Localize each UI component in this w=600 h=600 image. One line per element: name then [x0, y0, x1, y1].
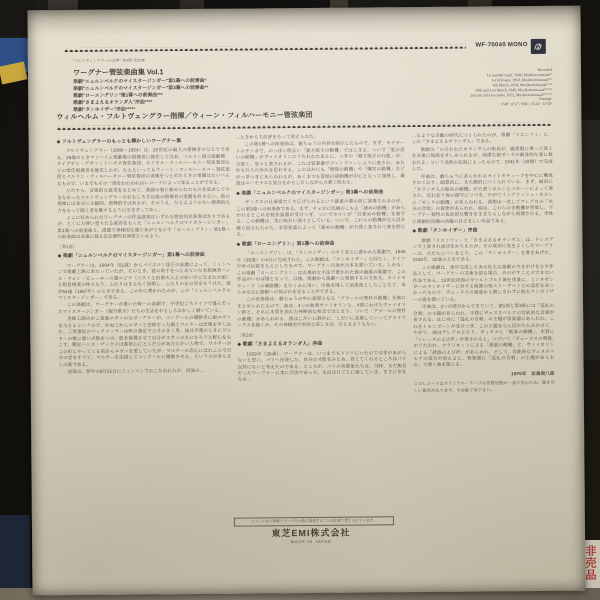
section-heading: ◆ フルトヴェングラーのもっとも輝かしいワーグナー集 [57, 139, 230, 147]
liner-note-text: ザックスの仕事場でくり広げられるという最後の幕の前に演奏されるのが、この第3幕へ… [236, 198, 405, 238]
album-title: ワーグナー管弦楽曲集 Vol.1 [73, 67, 164, 78]
liner-note-text: 金細工師のかこ愛娘エヴァの父ポーグナーが、コンクールの優勝者に娘エヴァを与えると… [58, 315, 231, 368]
liner-note-text: ひたすら、音楽的な真実をもとめて、楽譜の奥に秘められたものを追求してやまなかった… [57, 187, 230, 214]
liner-note-text: 序曲は、3つの部分からできていて、第1部と第3部には「巡礼の合唱」の主題があらわ… [413, 303, 555, 369]
yellow-record-sleeve [0, 61, 28, 84]
angel-record-logo-icon [531, 39, 546, 54]
liner-note-text: このレコードはオリジナル・テープの音質状態が一部不良のため、聞き苦しい箇所があり… [414, 380, 555, 394]
work-list: 楽劇"ニュルンベルクのマイスタージンガー"第1幕への前奏曲*楽劇"ニュルンベルク… [73, 76, 373, 114]
liner-note-text: フルトヴェングラー（1886〜1954）は、20世紀の最大の指揮者のひとりである… [57, 147, 230, 187]
liner-note-text: 「ローエングリン」は、「タンホイザー」のすぐあとに書かれた歌劇で、1848年（3… [237, 249, 406, 296]
section-heading: ◆ 楽劇「ニュルンベルクのマイスタージンガー」第3幕への前奏曲 [236, 190, 405, 198]
scalloped-rule-top [64, 45, 466, 53]
side-label: 〔第1面〕 [57, 242, 230, 250]
liner-note-text: 1839年（26歳）、ワーグナーは、いつまでもドイツにいたのでは芽があがらないと… [237, 350, 406, 384]
liner-note-text: 歌劇は「のろわれたオランダ人の船長が、幽霊船に乗って海上を永遠に航海をせしめられ… [412, 146, 553, 173]
liner-note-text: この前奏曲は、劇ちゅうの中心楽想となる「グラールの聖杯の動機」を核にまとめられた… [237, 296, 406, 330]
liner-note-text: ワーグナーは、1864年（51歳）からバイエルン国王の庇護によって、ミュンヘンで… [58, 261, 231, 301]
section-heading: ◆ 歌劇「ローエングリン」第1幕への前奏曲 [236, 241, 405, 249]
liner-notes-column-3: …るような辛酸の時代につくられたのが、歌劇「リエンツィ」と、この「さまよえるオラ… [412, 132, 556, 525]
liner-note-text: この楽劇は、ワーグナーが書いた唯一の喜劇で、中世紀ごろドイツで盛んだったマイスタ… [58, 301, 231, 315]
section-heading: ◆ 歌劇「タンホイザー」序曲 [412, 228, 553, 236]
liner-notes-column-1: ◆ フルトヴェングラーのもっとも輝かしいワーグナー集フルトヴェングラー（1886… [57, 135, 233, 528]
company-name: 東芝EMI株式会社 [234, 525, 388, 539]
liner-note-text: 序曲は、劇ちゅうにあらわれるライトモティーフを中心に構成されており、画想的に、ま… [412, 173, 553, 226]
made-in-japan-label: MADE IN JAPAN [234, 538, 388, 544]
liner-note-text: この第1幕への前奏曲は、劇ちゅうの内容を暗示したもので、まず、モデラートのテンポ… [236, 141, 405, 188]
recording-info-line: 9'48", 8'52", 9'06", 11'24", 13'50" [358, 102, 552, 109]
liner-note-text: ここに収められたワーグナーの作品演奏はいずれも歴史的名演奏ばかりであるが、とくに… [57, 214, 230, 241]
liner-note-text: …るような辛酸の時代につくられたのが、歌劇「リエンツィ」と、この「さまよえるオラ… [412, 132, 553, 146]
conductor-credit: ウィルヘルム・フルトヴェングラー指揮／ウィーン・フィルハーモニー管弦楽団 [56, 110, 312, 122]
section-heading: ◆ 歌劇「さまよえるオランダ人」序曲 [237, 341, 406, 349]
liner-note-text: この歌劇は、後年完成したあの壮大な楽劇のさきがけをなす作品として、ワーグナーの芸… [413, 263, 554, 303]
series-note: "フルトヴェングラーの芸術" 第4期 全22集 [73, 58, 145, 64]
recording-info: Recorded1st and 4th April, 1949, Musikve… [358, 68, 552, 109]
liner-note-text: 初演は、翌年の6月21日にミュンヘンでおこなわれたが、初演の… [59, 368, 232, 376]
scalloped-rule-divider [56, 122, 552, 130]
liner-notes-column-2: …ときから大好評をもって迎えられた。この第1幕への前奏曲は、劇ちゅうの内容を暗示… [236, 133, 408, 526]
record-sleeve-back: WF-70040 MONO "フルトヴェングラーの芸術" 第4期 全22集 ワー… [27, 6, 585, 596]
section-heading: ◆ 楽劇「ニュルンベルクのマイスタージンガー」第1幕への前奏曲 [58, 253, 231, 261]
catalog-number: WF-70040 MONO [466, 42, 528, 49]
author-credit: 1976年 志鳥栄八郎 [414, 371, 555, 379]
side-label: 〔第2面〕 [237, 331, 406, 339]
liner-note-text: 歌劇「リエンツィ」と「さまよえるオランダ人」は、ドレスデンで上演され成功をかちえ… [412, 237, 553, 264]
photo-scene: 非売品 WF-70040 MONO "フルトヴェングラーの芸術" 第4期 全22… [0, 0, 600, 600]
